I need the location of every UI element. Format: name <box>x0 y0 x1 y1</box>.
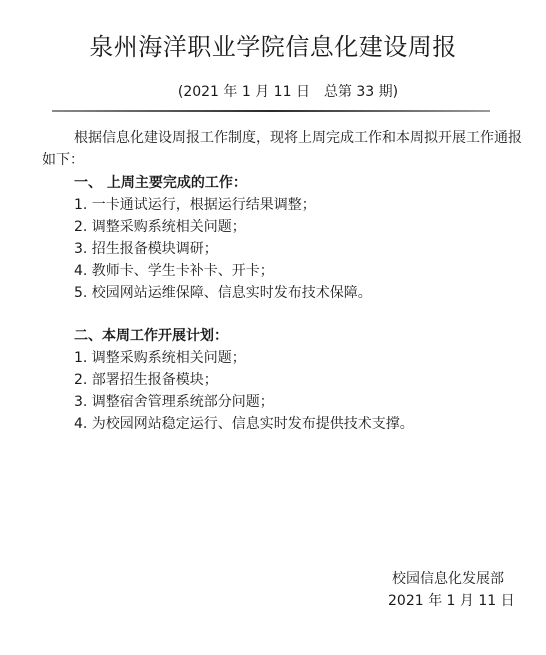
intro-paragraph: 根据信息化建设周报工作制度，现将上周完成工作和本周拟开展工作通报如下： <box>42 127 530 171</box>
list-item: 4. 教师卡、学生卡补卡、开卡； <box>74 260 274 282</box>
report-issue-info: (2021 年 1 月 11 日 总第 33 期) <box>0 81 546 103</box>
list-item: 5. 校园网站运维保障、信息实时发布技术保障。 <box>74 282 372 304</box>
report-title: 泉州海洋职业学院信息化建设周报 <box>0 30 546 64</box>
signature-date: 2021 年 1 月 11 日 <box>388 590 515 612</box>
list-item: 3. 招生报备模块调研； <box>74 238 218 260</box>
section-heading-last-week: 一、 上周主要完成的工作： <box>74 172 247 194</box>
header-divider <box>52 110 490 112</box>
list-item: 1. 调整采购系统相关问题； <box>74 347 246 369</box>
list-item: 4. 为校园网站稳定运行、信息实时发布提供技术支撑。 <box>74 413 414 435</box>
section-heading-this-week: 二、本周工作开展计划： <box>74 325 228 347</box>
list-item: 3. 调整宿舍管理系统部分问题； <box>74 391 274 413</box>
signature-department: 校园信息化发展部 <box>392 568 504 590</box>
list-item: 2. 部署招生报备模块； <box>74 369 218 391</box>
list-item: 2. 调整采购系统相关问题； <box>74 216 246 238</box>
list-item: 1. 一卡通试运行，根据运行结果调整； <box>74 194 316 216</box>
